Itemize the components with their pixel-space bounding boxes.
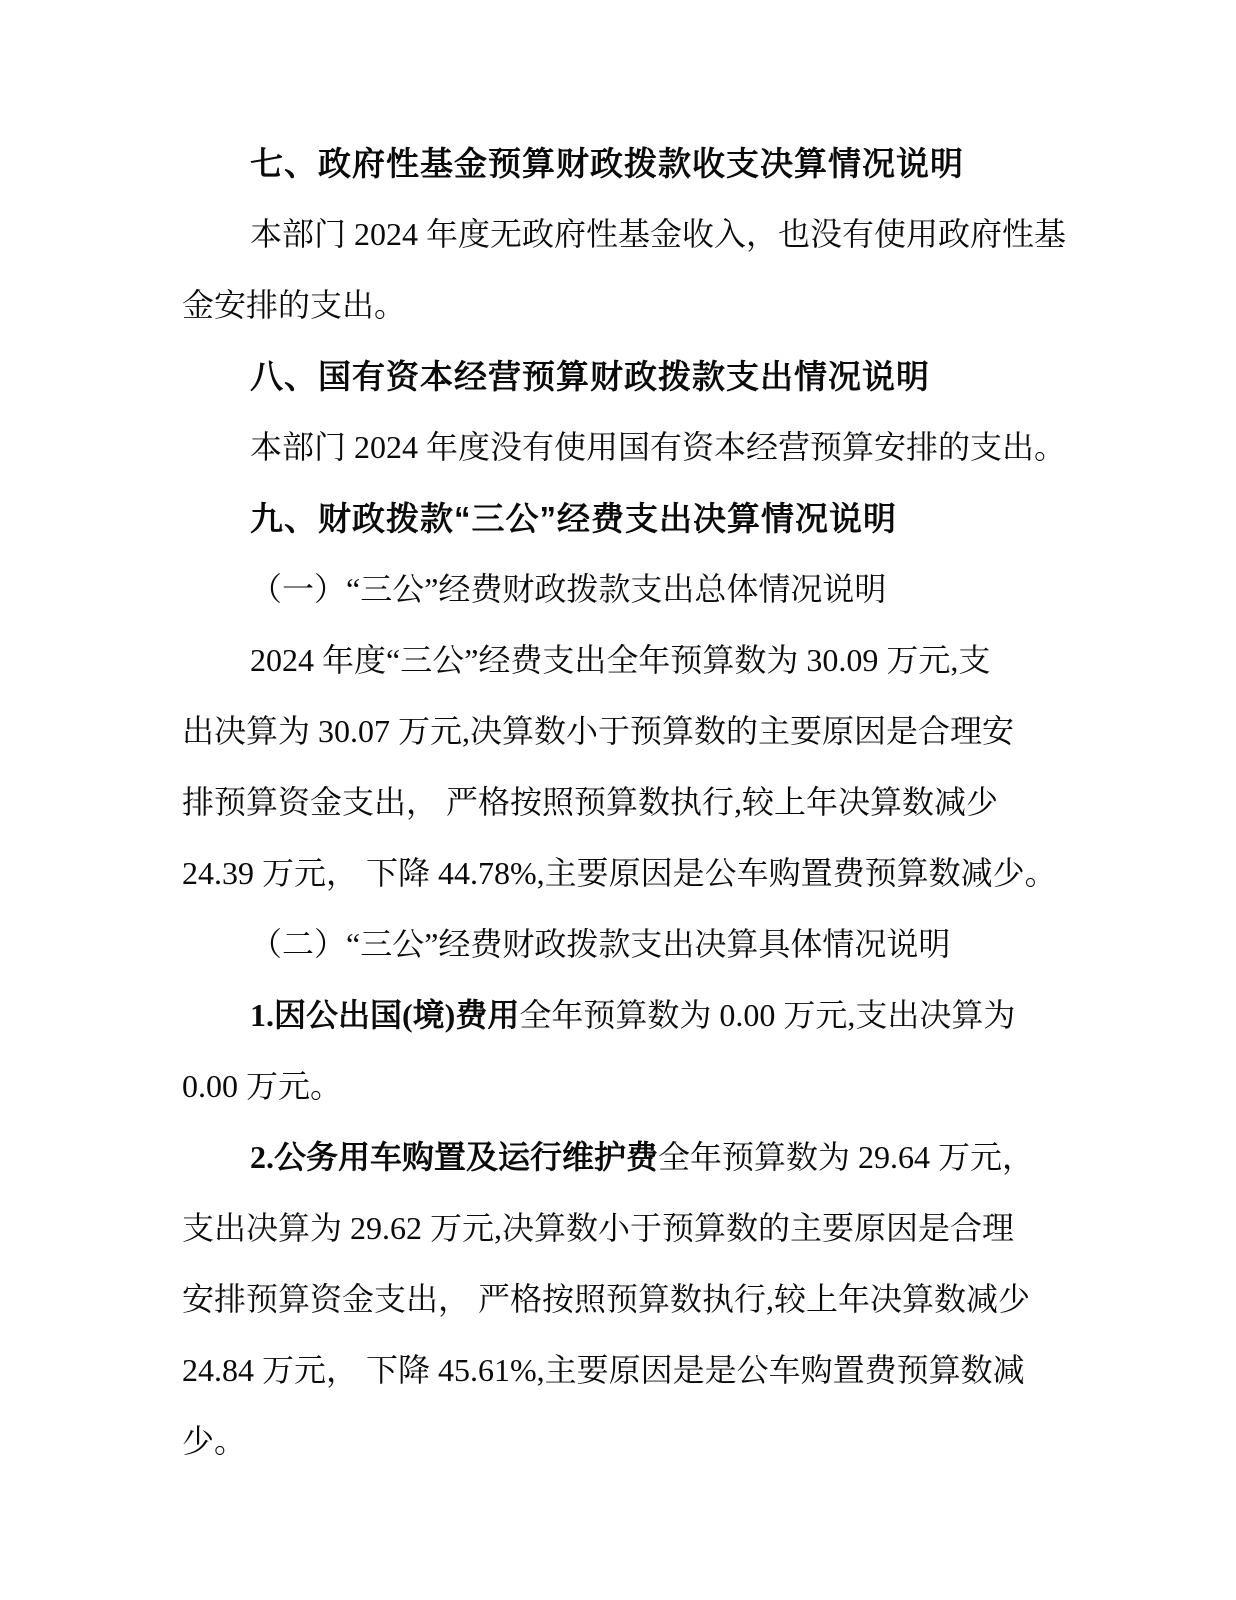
paragraph-line: 本部门 2024 年度无政府性基金收入，也没有使用政府性基 — [182, 199, 1062, 270]
section-heading-7: 七、政府性基金预算财政拨款收支决算情况说明 — [182, 128, 1062, 199]
item-2-text: 全年预算数为 29.64 万元， — [658, 1139, 1034, 1175]
paragraph-line: 24.39 万元， 下降 44.78%,主要原因是公车购置费预算数减少。 — [182, 838, 1062, 909]
paragraph-line: 支出决算为 29.62 万元,决算数小于预算数的主要原因是合理 — [182, 1193, 1062, 1264]
paragraph-line: 24.84 万元， 下降 45.61%,主要原因是是公车购置费预算数减 — [182, 1335, 1062, 1406]
subsection-heading-1: （一）“三公”经费财政拨款支出总体情况说明 — [182, 554, 1062, 625]
document-page: 七、政府性基金预算财政拨款收支决算情况说明 本部门 2024 年度无政府性基金收… — [0, 0, 1236, 1600]
document-body: 七、政府性基金预算财政拨款收支决算情况说明 本部门 2024 年度无政府性基金收… — [182, 128, 1062, 1477]
paragraph-line: 1.因公出国(境)费用全年预算数为 0.00 万元,支出决算为 — [182, 980, 1062, 1051]
paragraph-line: 2.公务用车购置及运行维护费全年预算数为 29.64 万元， — [182, 1122, 1062, 1193]
paragraph-line: 金安排的支出。 — [182, 270, 1062, 341]
paragraph-line: 2024 年度“三公”经费支出全年预算数为 30.09 万元,支 — [182, 625, 1062, 696]
paragraph-line: 出决算为 30.07 万元,决算数小于预算数的主要原因是合理安 — [182, 696, 1062, 767]
paragraph-line: 排预算资金支出， 严格按照预算数执行,较上年决算数减少 — [182, 767, 1062, 838]
section-heading-8: 八、国有资本经营预算财政拨款支出情况说明 — [182, 341, 1062, 412]
paragraph-line: 安排预算资金支出， 严格按照预算数执行,较上年决算数减少 — [182, 1264, 1062, 1335]
section-heading-9: 九、财政拨款“三公”经费支出决算情况说明 — [182, 483, 1062, 554]
paragraph-line: 本部门 2024 年度没有使用国有资本经营预算安排的支出。 — [182, 412, 1062, 483]
subsection-heading-2: （二）“三公”经费财政拨款支出决算具体情况说明 — [182, 909, 1062, 980]
paragraph-line: 0.00 万元。 — [182, 1051, 1062, 1122]
item-1-lead: 1.因公出国(境)费用 — [250, 997, 519, 1033]
paragraph-line: 少。 — [182, 1406, 1062, 1477]
item-2-lead: 2.公务用车购置及运行维护费 — [250, 1139, 658, 1175]
item-1-text: 全年预算数为 0.00 万元,支出决算为 — [519, 997, 1015, 1033]
